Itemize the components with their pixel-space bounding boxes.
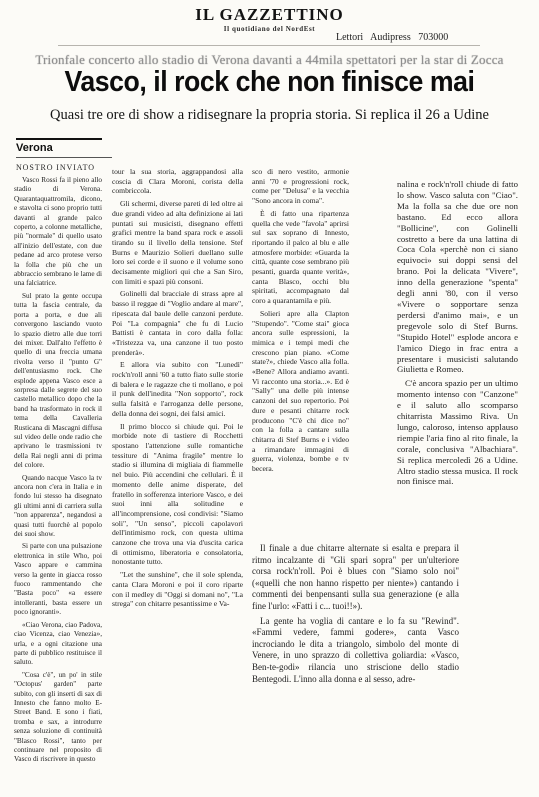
paragraph: Quando nacque Vasco la tv ancora non c'e… bbox=[14, 474, 102, 540]
article-column-2: tour la sua storia, aggrappandosi alla c… bbox=[112, 167, 243, 791]
article-headline: Vasco, il rock che non finisce mai bbox=[22, 66, 518, 99]
paragraph: Solieri apre alla Clapton "Stupendo". "C… bbox=[252, 309, 349, 474]
masthead-tagline: Il quotidiano del NordEst bbox=[0, 25, 539, 33]
readership-line: Lettori Audipress 703000 bbox=[336, 32, 448, 43]
article-column-3-bottom: Il finale a due chitarre alternate si es… bbox=[252, 543, 459, 795]
paragraph: Gli schermi, diverse pareti di led oltre… bbox=[112, 199, 243, 286]
section-label: Verona bbox=[16, 142, 53, 154]
paragraph: È di fatto una ripartenza quella che ved… bbox=[252, 209, 349, 306]
section-rule-top bbox=[16, 138, 102, 140]
newspaper-page: IL GAZZETTINO Il quotidiano del NordEst … bbox=[0, 0, 539, 797]
paragraph: «Ciao Verona, ciao Padova, ciao Vicenza,… bbox=[14, 621, 102, 668]
paragraph: nalina e rock'n'roll chiude di fatto lo … bbox=[397, 179, 518, 375]
header-rule bbox=[58, 45, 480, 46]
paragraph: Sul prato la gente occupa tutta la fasci… bbox=[14, 292, 102, 471]
section-rule-bottom bbox=[16, 157, 112, 158]
paragraph: sco di nero vestito, armonie anni '70 e … bbox=[252, 167, 349, 206]
paragraph: La gente ha voglia di cantare e lo fa su… bbox=[252, 616, 459, 686]
article-column-1: Vasco Rossi fa il pieno allo stadio di V… bbox=[14, 176, 102, 790]
paragraph: C'è ancora spazio per un ultimo momento … bbox=[397, 378, 518, 487]
paragraph: Il finale a due chitarre alternate si es… bbox=[252, 543, 459, 613]
paragraph: Si parte con una pulsazione elettronica … bbox=[14, 542, 102, 617]
paragraph: Golinelli dal bracciale di strass apre a… bbox=[112, 289, 243, 357]
paragraph: Il primo blocco si chiude qui. Poi le mo… bbox=[112, 422, 243, 568]
masthead-title: IL GAZZETTINO bbox=[0, 5, 539, 25]
paragraph: tour la sua storia, aggrappandosi alla c… bbox=[112, 167, 243, 196]
article-subhead: Quasi tre ore di show a ridisegnare la p… bbox=[0, 107, 539, 124]
paragraph: Vasco Rossi fa il pieno allo stadio di V… bbox=[14, 176, 102, 289]
article-column-3-top: sco di nero vestito, armonie anni '70 e … bbox=[252, 167, 349, 537]
paragraph: E allora via subito con "Lunedì" rock'n'… bbox=[112, 360, 243, 418]
paragraph: "Cosa c'è", un po' in stile "Octopus' ga… bbox=[14, 671, 102, 765]
paragraph: "Let the sunshine", che il sole splenda,… bbox=[112, 570, 243, 609]
article-column-4: nalina e rock'n'roll chiude di fatto lo … bbox=[397, 179, 518, 489]
dateline: NOSTRO INVIATO bbox=[16, 163, 95, 172]
